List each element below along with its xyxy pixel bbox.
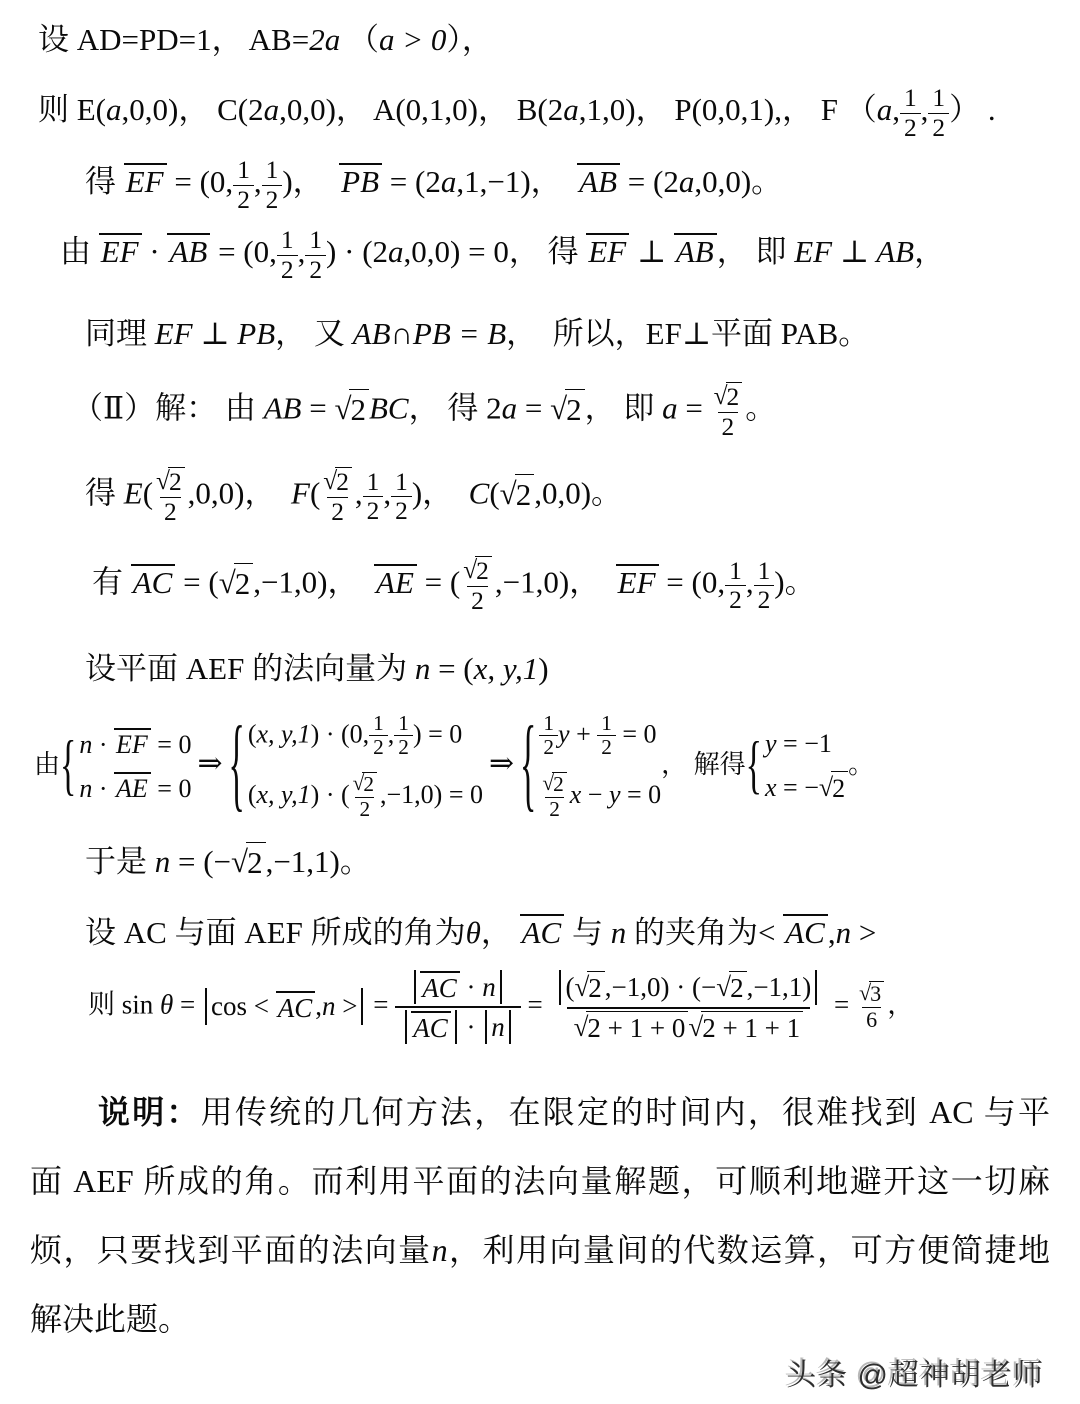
- math-text: 同理: [85, 316, 155, 351]
- math-var: a: [563, 92, 579, 127]
- math-text: ,1,0)， P(0,0,1),， F （: [579, 92, 877, 127]
- cases-group-1: {n · EF = 0n · AE = 0: [60, 728, 191, 806]
- fraction-sqrt2-over-2: √22: [153, 467, 188, 526]
- math-text: = (0,: [167, 164, 234, 199]
- math-text: )，: [282, 164, 339, 199]
- para-text: ，利用向量间的代数运算，可方便简捷地: [448, 1232, 1050, 1268]
- vector-AC: AC: [420, 971, 460, 1002]
- math-var: EF ⊥ PB: [155, 316, 275, 351]
- math-text: 由: [34, 750, 60, 779]
- math-var: n: [836, 915, 852, 950]
- vector-AE: AE: [114, 772, 151, 802]
- line-dot-product: 由 EF · AB = (0,12,12) · (2a,0,0) = 0， 得 …: [60, 226, 1080, 284]
- fraction-half: 12: [391, 468, 412, 526]
- vector-AB: AB: [167, 233, 210, 269]
- vector-EF: EF: [114, 728, 151, 758]
- line-normal-vector-setup: 设平面 AEF 的法向量为 n = (x, y,1): [85, 649, 1080, 689]
- math-text: ,: [892, 92, 900, 127]
- para-line-2: 面 AEF 所成的角。而利用平面的法向量解题，可顺利地避开这一切麻: [30, 1147, 1050, 1216]
- math-text: ·: [142, 234, 168, 269]
- math-var: x, y,1: [474, 651, 539, 686]
- implies-arrow: ⇒: [489, 747, 514, 780]
- line-points-numeric: 得 E(√22,0,0)， F(√22,12,12)， C(√2,0,0)。: [85, 467, 1080, 526]
- math-text: （: [340, 22, 379, 57]
- math-var: BC: [369, 391, 409, 426]
- math-text: ,: [921, 92, 929, 127]
- absolute-value: n: [485, 1010, 511, 1044]
- math-solution-document: 设 AD=PD=1， AB=2a （a > 0）， 则 E(a,0,0)， C(…: [0, 0, 1080, 1404]
- vector-AC: AC: [131, 564, 176, 600]
- radical-sum: √2 + 1 + 1: [688, 1011, 803, 1044]
- radical-2: √2: [323, 467, 352, 496]
- math-text: = (2: [382, 164, 441, 199]
- line-vectors-numeric: 有 AC = (√2,−1,0)， AE = (√22,−1,0)， EF = …: [92, 556, 1080, 615]
- math-text: =: [301, 391, 334, 426]
- fraction-half: 12: [539, 712, 558, 761]
- math-var: a: [662, 391, 678, 426]
- math-text: 得: [85, 476, 124, 511]
- math-text: ,: [828, 915, 836, 950]
- left-brace: {: [229, 714, 245, 819]
- math-text: 。: [848, 750, 874, 779]
- math-text: ,0,0)，: [188, 476, 291, 511]
- math-text: 得: [85, 164, 124, 199]
- math-text: 则: [88, 989, 122, 1019]
- fraction-half: 12: [363, 468, 384, 526]
- vector-AC: AC: [411, 1011, 451, 1042]
- cases-group-4: {y = −1x = −√2: [746, 727, 848, 806]
- vector-PB: PB: [339, 163, 382, 199]
- math-text: (: [489, 476, 499, 511]
- line-normal-vector-result: 于是 n = (−√2,−1,1)。: [85, 842, 1080, 883]
- math-text: ），: [446, 22, 493, 57]
- math-text: 设 AC 与面 AEF 所成的角为: [85, 915, 466, 950]
- math-var: AB: [264, 391, 302, 426]
- math-var: n: [432, 1232, 448, 1268]
- note-paragraph: 说明：用传统的几何方法，在限定的时间内，很难找到 AC 与平 面 AEF 所成的…: [0, 1078, 1080, 1354]
- math-text: 由: [60, 234, 99, 269]
- math-text: 则 E(: [38, 92, 106, 127]
- math-text: ） .: [949, 92, 996, 127]
- vector-AC: AC: [520, 914, 565, 950]
- math-var: n: [155, 844, 171, 879]
- math-text: ， 所以，EF⊥平面 PAB。: [506, 316, 869, 351]
- line-equation-system: 由{n · EF = 0n · AE = 0⇒{(x, y,1) · (0,12…: [34, 712, 1080, 822]
- math-text: = (−: [170, 844, 231, 879]
- left-brace: {: [746, 734, 762, 799]
- fraction-sqrt3-over-6: √36: [856, 981, 887, 1033]
- math-text: <: [758, 915, 783, 950]
- math-text: ,−1,0)，: [253, 565, 374, 600]
- note-label: 说明：: [98, 1094, 201, 1130]
- vector-AB: AB: [674, 233, 717, 269]
- math-text: 设 AD=PD=1， AB=: [38, 22, 309, 57]
- math-text: ,0,0)。: [534, 476, 622, 511]
- cases-group-2: {(x, y,1) · (0,12,12) = 0(x, y,1) · (√22…: [229, 712, 483, 822]
- fraction-half: 12: [597, 712, 616, 761]
- radical-2: √2: [716, 971, 746, 1004]
- math-text: =: [521, 989, 550, 1019]
- math-text: ， 得 2: [409, 391, 502, 426]
- math-text: 。: [745, 391, 776, 426]
- line-point-coordinates: 则 E(a,0,0)， C(2a,0,0)， A(0,1,0)， B(2a,1,…: [38, 84, 1080, 142]
- line-sine-computation: 则 sin θ = cos < AC,n > = AC · nAC · n = …: [88, 968, 1080, 1047]
- vector-AC: AC: [783, 914, 828, 950]
- math-text: ,0,0)， A(0,1,0)， B(2: [279, 92, 563, 127]
- math-text: ,: [355, 476, 363, 511]
- absolute-value: (√2,−1,0) · (−√2,−1,1): [559, 970, 817, 1005]
- line-vectors: 得 EF = (0,12,12)， PB = (2a,1,−1)， AB = (…: [85, 156, 1080, 214]
- math-var: a: [388, 234, 404, 269]
- fraction-sqrt2-over-2: √22: [539, 772, 569, 822]
- radical-3: √3: [859, 981, 884, 1007]
- fraction-sqrt2-over-2: √22: [460, 556, 495, 615]
- line-part2-solve-a: （Ⅱ）解： 由 AB = √2BC， 得 2a = √2， 即 a = √22。: [72, 382, 1080, 441]
- radical-2: √2: [334, 389, 369, 430]
- math-text: 设平面 AEF 的法向量为: [85, 651, 415, 686]
- math-text: ): [538, 651, 548, 686]
- math-text: ，: [481, 915, 520, 950]
- math-text: ， 即: [585, 391, 663, 426]
- radical-2: √2: [574, 971, 604, 1004]
- para-line-4: 解决此题。: [30, 1285, 1050, 1354]
- vector-EF: EF: [99, 233, 142, 269]
- math-text: ，: [887, 989, 914, 1019]
- fraction-dot-over-norms: AC · nAC · n: [395, 968, 521, 1047]
- radical-2: √2: [542, 772, 566, 797]
- absolute-value: AC: [405, 1010, 457, 1044]
- fraction-half: 12: [305, 226, 326, 284]
- para-line-1: 说明：用传统的几何方法，在限定的时间内，很难找到 AC 与平: [30, 1078, 1050, 1147]
- fraction-half: 12: [262, 156, 283, 214]
- cases-group-3: {12y + 12 = 0√22x − y = 0: [520, 712, 661, 822]
- radical-2: √2: [353, 772, 377, 797]
- math-text: ,: [383, 476, 391, 511]
- math-text: ， 即: [717, 234, 795, 269]
- fraction-sqrt2-over-2: √22: [320, 467, 355, 526]
- math-text: (: [310, 476, 320, 511]
- line-angle-definition: 设 AC 与面 AEF 所成的角为θ， AC 与 n 的夹角为< AC,n >: [85, 913, 1080, 953]
- math-text: 与: [564, 915, 611, 950]
- absolute-value: AC · n: [414, 970, 502, 1004]
- vector-EF: EF: [586, 233, 629, 269]
- math-var: a: [264, 92, 280, 127]
- math-text: =: [827, 989, 856, 1019]
- math-text: sin: [122, 989, 160, 1019]
- left-brace: {: [520, 714, 536, 819]
- fraction-sqrt2-over-2: √22: [711, 382, 746, 441]
- math-var: n: [415, 651, 431, 686]
- math-text: ,0,0) = 0， 得: [404, 234, 587, 269]
- vector-EF: EF: [124, 163, 167, 199]
- math-text: ，: [914, 234, 945, 269]
- para-text: 面 AEF 所成的角。而利用平面的法向量解题，可顺利地避开这一切麻: [30, 1163, 1050, 1199]
- math-text: 于是: [85, 844, 155, 879]
- math-text: ) · (2: [326, 234, 388, 269]
- math-text: = (: [175, 565, 218, 600]
- math-text: ,: [298, 234, 306, 269]
- para-text: 解决此题。: [30, 1301, 190, 1337]
- radical-2: √2: [500, 474, 535, 515]
- math-var: E: [124, 476, 143, 511]
- math-text: )。: [774, 565, 815, 600]
- line-assumptions: 设 AD=PD=1， AB=2a （a > 0），: [38, 20, 1080, 60]
- math-var: EF ⊥ AB: [794, 234, 914, 269]
- math-text: (: [143, 476, 153, 511]
- math-text: ,−1,0)，: [495, 565, 616, 600]
- math-var: n: [611, 915, 627, 950]
- math-text: ,0,0)。: [694, 164, 782, 199]
- fraction-half: 12: [394, 712, 413, 761]
- para-text: 烦，只要找到平面的法向量: [30, 1232, 432, 1268]
- fraction-sqrt2-over-2: √22: [350, 772, 380, 822]
- math-var: θ: [466, 915, 481, 950]
- radical-2: √2: [231, 842, 266, 883]
- math-var: a: [679, 164, 695, 199]
- radical-2: √2: [550, 389, 585, 430]
- fraction-half: 12: [754, 557, 775, 615]
- implies-arrow: ⇒: [197, 747, 222, 780]
- fraction-half: 12: [725, 557, 746, 615]
- math-text: )，: [412, 476, 469, 511]
- math-text: ,: [254, 164, 262, 199]
- watermark: 头条 @超神胡老师: [786, 1350, 1044, 1394]
- math-var: a: [877, 92, 893, 127]
- vector-AE: AE: [374, 564, 417, 600]
- math-var: θ: [160, 989, 173, 1019]
- math-var: a: [502, 391, 518, 426]
- math-var: C: [469, 476, 490, 511]
- math-text: 有: [92, 565, 131, 600]
- math-text: = (0,: [659, 565, 726, 600]
- radical-2: √2: [819, 771, 848, 806]
- math-var: F: [291, 476, 310, 511]
- fraction-half: 12: [900, 84, 921, 142]
- vector-EF: EF: [616, 564, 659, 600]
- fraction-half: 12: [233, 156, 254, 214]
- math-text: ， 又: [275, 316, 353, 351]
- math-text: = (0,: [210, 234, 277, 269]
- radical-2: √2: [463, 556, 492, 585]
- fraction-half: 12: [277, 226, 298, 284]
- radical-2: √2: [219, 563, 254, 604]
- para-text: 用传统的几何方法，在限定的时间内，很难找到 AC 与平: [201, 1094, 1050, 1130]
- left-brace: {: [60, 733, 76, 801]
- vector-AB: AB: [577, 163, 620, 199]
- math-text: =: [173, 989, 202, 1019]
- radical-2: √2: [156, 467, 185, 496]
- vector-AC: AC: [276, 991, 316, 1022]
- radical-2: √2: [714, 382, 743, 411]
- math-var: a: [441, 164, 457, 199]
- math-text: >: [851, 915, 876, 950]
- math-var: a > 0: [379, 22, 446, 57]
- math-text: ， 解得: [661, 750, 746, 779]
- math-text: =: [517, 391, 550, 426]
- math-text: = (: [430, 651, 473, 686]
- fraction-half: 12: [369, 712, 388, 761]
- math-text: =: [366, 989, 395, 1019]
- fraction-half: 12: [928, 84, 949, 142]
- math-text: = (2: [620, 164, 679, 199]
- math-var: 2a: [309, 22, 340, 57]
- math-text: 的夹角为: [626, 915, 758, 950]
- absolute-value: cos < AC,n >: [205, 988, 363, 1025]
- math-text: = (: [417, 565, 460, 600]
- fraction-numeric-evaluation: (√2,−1,0) · (−√2,−1,1)√2 + 1 + 0√2 + 1 +…: [549, 968, 827, 1047]
- math-text: =: [678, 391, 711, 426]
- math-text: ,0,0)， C(2: [122, 92, 264, 127]
- math-text: ,1,−1)，: [456, 164, 577, 199]
- math-text: ,: [746, 565, 754, 600]
- math-var: a: [106, 92, 122, 127]
- line-perpendicular-conclusion: 同理 EF ⊥ PB， 又 AB∩PB = B， 所以，EF⊥平面 PAB。: [85, 314, 1080, 354]
- radical-sum: √2 + 1 + 0: [574, 1011, 689, 1044]
- math-var: AB∩PB = B: [353, 316, 507, 351]
- para-line-3: 烦，只要找到平面的法向量n，利用向量间的代数运算，可方便简捷地: [30, 1216, 1050, 1285]
- math-text: ,−1,1)。: [266, 844, 371, 879]
- math-text: （Ⅱ）解： 由: [72, 391, 264, 426]
- math-text: ⊥: [629, 234, 674, 269]
